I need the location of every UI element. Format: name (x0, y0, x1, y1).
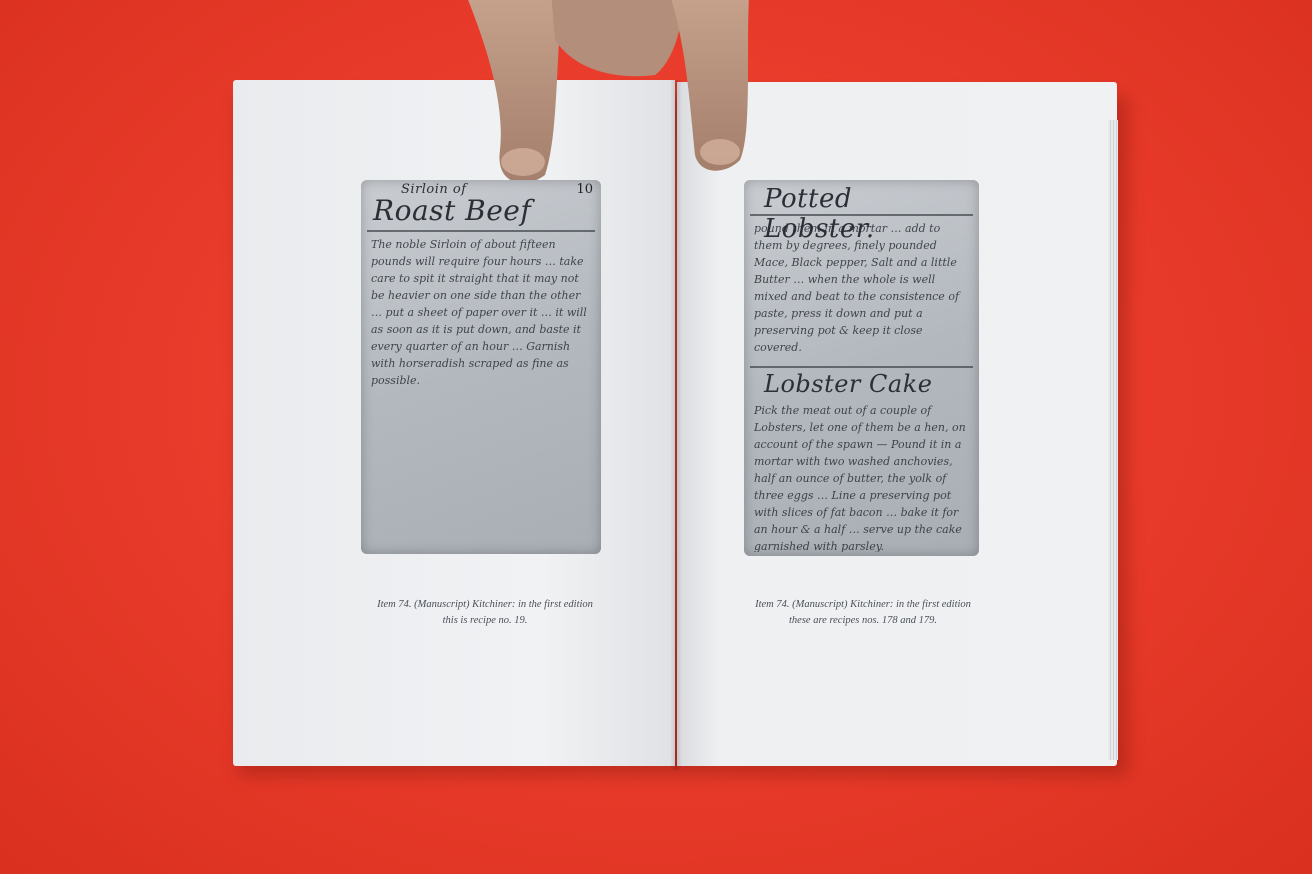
page-edges (1108, 120, 1118, 760)
caption-right-line2: these are recipes nos. 178 and 179. (713, 613, 1013, 629)
manuscript-title-lobster-cake: Lobster Cake (764, 370, 967, 398)
manuscript-title-roast-beef: Roast Beef (373, 194, 589, 227)
caption-left-line1: Item 74. (Manuscript) Kitchiner: in the … (335, 597, 635, 613)
hand-holding-pages (455, 0, 755, 180)
manuscript-rule (367, 230, 595, 232)
manuscript-page-number: 10 (576, 182, 593, 197)
manuscript-rule (750, 366, 973, 368)
manuscript-body-text-lobster-cake: Pick the meat out of a couple of Lobster… (754, 402, 969, 552)
manuscript-rule (750, 214, 973, 216)
caption-left-line2: this is recipe no. 19. (335, 613, 635, 629)
manuscript-roast-beef: Sirloin of Roast Beef 10 The noble Sirlo… (361, 180, 601, 554)
caption-right: Item 74. (Manuscript) Kitchiner: in the … (713, 597, 1013, 629)
manuscript-body-text-potted-lobster: pound them in a mortar … add to them by … (754, 220, 969, 360)
caption-right-line1: Item 74. (Manuscript) Kitchiner: in the … (713, 597, 1013, 613)
book-gutter (670, 80, 682, 770)
manuscript-lobster: Potted Lobster. pound them in a mortar …… (744, 180, 979, 556)
caption-left: Item 74. (Manuscript) Kitchiner: in the … (335, 597, 635, 629)
manuscript-body-text: The noble Sirloin of about fifteen pound… (371, 236, 591, 536)
